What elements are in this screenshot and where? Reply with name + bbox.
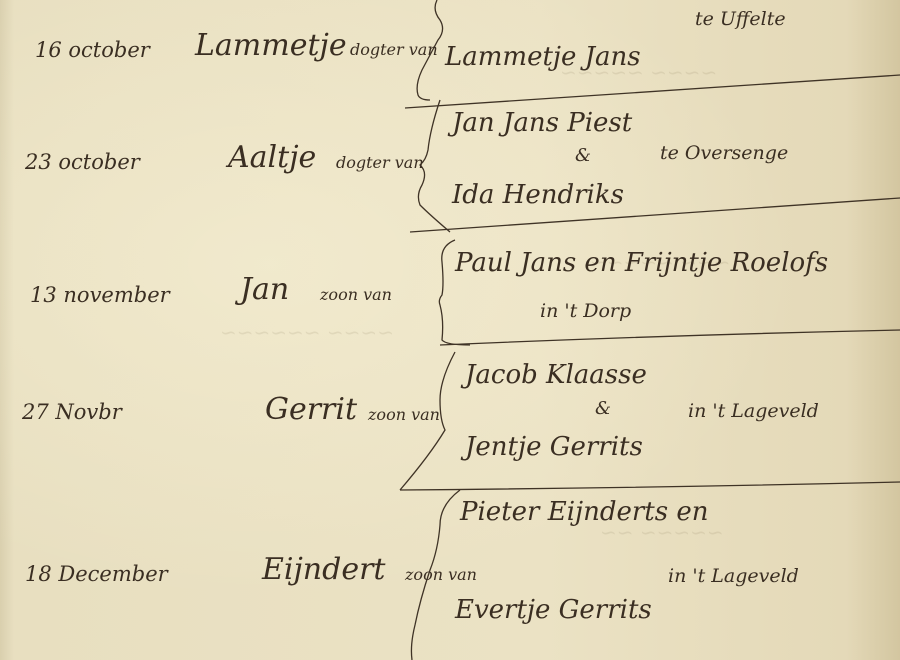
entry-date: 23 october — [25, 150, 140, 174]
connector-ampersand: & — [575, 145, 591, 166]
child-name: Eijndert — [262, 552, 385, 587]
child-name: Lammetje — [195, 28, 347, 63]
relation-text: zoon van — [405, 565, 477, 584]
entry-date: 16 october — [35, 38, 150, 62]
father-name: Jacob Klaasse — [465, 360, 647, 390]
parents-names: Paul Jans en Frijntje Roelofs — [455, 248, 828, 278]
relation-text: zoon van — [320, 285, 392, 304]
relation-text: dogter van — [350, 40, 438, 59]
child-name: Gerrit — [265, 392, 357, 427]
mother-name: Ida Hendriks — [452, 180, 624, 210]
connector-ampersand: & — [595, 398, 611, 419]
parent-name: Lammetje Jans — [445, 42, 641, 72]
relation-text: dogter van — [336, 153, 424, 172]
entry-date: 13 november — [30, 283, 170, 307]
mother-name: Jentje Gerrits — [465, 432, 643, 462]
child-name: Jan — [240, 272, 289, 307]
entry-date: 27 Novbr — [22, 400, 122, 424]
father-name: Jan Jans Piest — [452, 108, 632, 138]
place-of-residence: in 't Lageveld — [668, 565, 799, 587]
child-name: Aaltje — [228, 140, 316, 175]
place-of-residence: in 't Lageveld — [688, 400, 819, 422]
entry-date: 18 December — [25, 562, 168, 586]
place-of-residence: in 't Dorp — [540, 300, 631, 322]
place-of-residence: te Uffelte — [695, 8, 786, 30]
brace-and-rule-lines — [0, 0, 900, 660]
mother-name: Evertje Gerrits — [455, 595, 652, 625]
place-of-residence: te Oversenge — [660, 142, 788, 164]
register-page: ~~~~ ~~~~~ ~~~ ~~~~~ ~~~~ ~~~~~~ ~~~~~ ~… — [0, 0, 900, 660]
father-name: Pieter Eijnderts en — [460, 497, 708, 527]
relation-text: zoon van — [368, 405, 440, 424]
